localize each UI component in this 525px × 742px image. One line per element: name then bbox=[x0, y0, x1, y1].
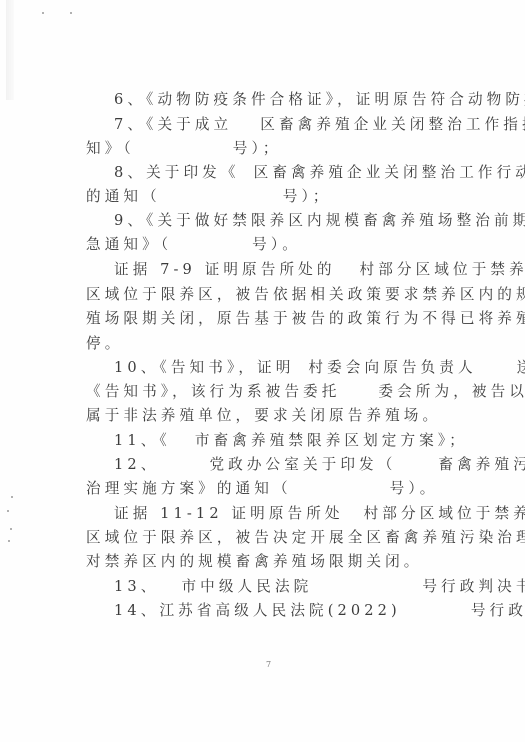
text-segment: 号行政判决书； bbox=[422, 578, 525, 595]
text-segment: 7、《关于成立 bbox=[114, 116, 232, 133]
evidence-summary-7-9-cont: 停。 bbox=[86, 333, 472, 355]
text-segment: 畜禽养殖污染 bbox=[438, 456, 525, 473]
text-segment: 13、 bbox=[114, 578, 159, 595]
page-number: 7 bbox=[266, 660, 271, 669]
text-segment: 号）； bbox=[233, 140, 282, 157]
evidence-summary-11-12-cont: 区域位于限养区，被告决定开展全区畜禽养殖污染治理专项行动， bbox=[86, 527, 472, 549]
text-segment: 11、《 bbox=[114, 432, 171, 449]
text-segment: 《告知书》，该行为系被告委托 bbox=[86, 383, 340, 400]
evidence-item-14: 14、江苏省高级人民法院(2022)号行政判决书。 bbox=[114, 600, 472, 622]
evidence-item-9: 9、《关于做好禁限养区内规模畜禽养殖场整治前期工作的紧 bbox=[114, 210, 472, 232]
text-segment: 8、关于印发《 bbox=[114, 164, 240, 181]
evidence-item-10-cont: 《告知书》，该行为系被告委托委会所为，被告以养殖场 bbox=[86, 381, 472, 403]
text-segment: 12、 bbox=[114, 456, 159, 473]
text-segment: 号）； bbox=[283, 188, 332, 205]
text-segment: 村部分区域位于禁养区、部分 bbox=[360, 261, 525, 278]
evidence-summary-11-12-cont: 对禁养区内的规模畜禽养殖场限期关闭。 bbox=[86, 551, 472, 573]
evidence-item-10: 10、《告知书》，证明村委会向原告负责人送达 bbox=[114, 357, 472, 379]
scan-speck bbox=[10, 528, 12, 530]
text-segment: 党政办公室关于印发（ bbox=[209, 456, 396, 473]
evidence-item-12-cont: 治理实施方案》的通知（号）。 bbox=[86, 478, 472, 500]
text-segment: 送达 bbox=[517, 359, 525, 376]
text-segment: 市中级人民法院 bbox=[181, 578, 312, 595]
evidence-item-6: 6、《动物防疫条件合格证》，证明原告符合动物防疫要求。 bbox=[114, 89, 472, 111]
text-segment: 区畜禽养殖企业关闭整治工作指挥部的通 bbox=[260, 116, 525, 133]
text-segment: 市畜禽养殖禁限养区划定方案》； bbox=[195, 432, 468, 449]
text-segment: 号行政判决书。 bbox=[471, 602, 525, 619]
evidence-item-10-cont: 属于非法养殖单位，要求关闭原告养殖场。 bbox=[86, 405, 472, 427]
text-segment: 村部分区域位于禁养区、部分 bbox=[364, 505, 525, 522]
text-segment: 10、《告知书》，证明 bbox=[114, 359, 294, 376]
evidence-summary-7-9-cont: 殖场限期关闭，原告基于被告的政策行为不得已将养殖场予以关 bbox=[86, 308, 472, 330]
evidence-item-8: 8、关于印发《区畜禽养殖企业关闭整治工作行动计划》 bbox=[114, 162, 472, 184]
evidence-item-11: 11、《市畜禽养殖禁限养区划定方案》； bbox=[114, 430, 472, 452]
text-segment: 证据 7-9 证明原告所处的 bbox=[114, 261, 336, 278]
evidence-item-13: 13、市中级人民法院号行政判决书； bbox=[114, 576, 472, 598]
scan-speck bbox=[11, 496, 13, 498]
text-segment: 委会所为，被告以养殖场 bbox=[378, 383, 525, 400]
scan-speck bbox=[42, 12, 44, 14]
scan-edge-shadow bbox=[6, 0, 14, 100]
text-segment: 急通知》（ bbox=[86, 236, 172, 253]
evidence-item-8-cont: 的通知（号）； bbox=[86, 186, 472, 208]
scan-speck bbox=[8, 540, 10, 542]
text-segment: 的通知（ bbox=[86, 188, 161, 205]
evidence-item-12: 12、党政办公室关于印发（畜禽养殖污染 bbox=[114, 454, 472, 476]
evidence-item-7: 7、《关于成立区畜禽养殖企业关闭整治工作指挥部的通 bbox=[114, 114, 472, 136]
evidence-summary-11-12: 证据 11-12 证明原告所处村部分区域位于禁养区、部分 bbox=[114, 503, 472, 525]
scan-speck bbox=[7, 510, 9, 512]
evidence-summary-7-9-cont: 区域位于限养区，被告依据相关政策要求禁养区内的规模畜禽养 bbox=[86, 284, 472, 306]
evidence-summary-7-9: 证据 7-9 证明原告所处的村部分区域位于禁养区、部分 bbox=[114, 259, 472, 281]
text-segment: 知》（ bbox=[86, 140, 135, 157]
scan-speck bbox=[70, 12, 72, 14]
text-segment: 证据 11-12 证明原告所处 bbox=[114, 505, 344, 522]
text-segment: 区畜禽养殖企业关闭整治工作行动计划》 bbox=[254, 164, 525, 181]
text-segment: 村委会向原告负责人 bbox=[308, 359, 476, 376]
text-segment: 号）。 bbox=[390, 480, 439, 497]
document-page: 6、《动物防疫条件合格证》，证明原告符合动物防疫要求。 7、《关于成立区畜禽养殖… bbox=[0, 0, 525, 742]
text-segment: 治理实施方案》的通知（ bbox=[86, 480, 292, 497]
text-segment: 14、江苏省高级人民法院(2022) bbox=[114, 602, 401, 619]
evidence-item-7-cont: 知》（号）； bbox=[86, 138, 472, 160]
text-segment: 号）。 bbox=[252, 236, 301, 253]
evidence-item-9-cont: 急通知》（号）。 bbox=[86, 234, 472, 256]
